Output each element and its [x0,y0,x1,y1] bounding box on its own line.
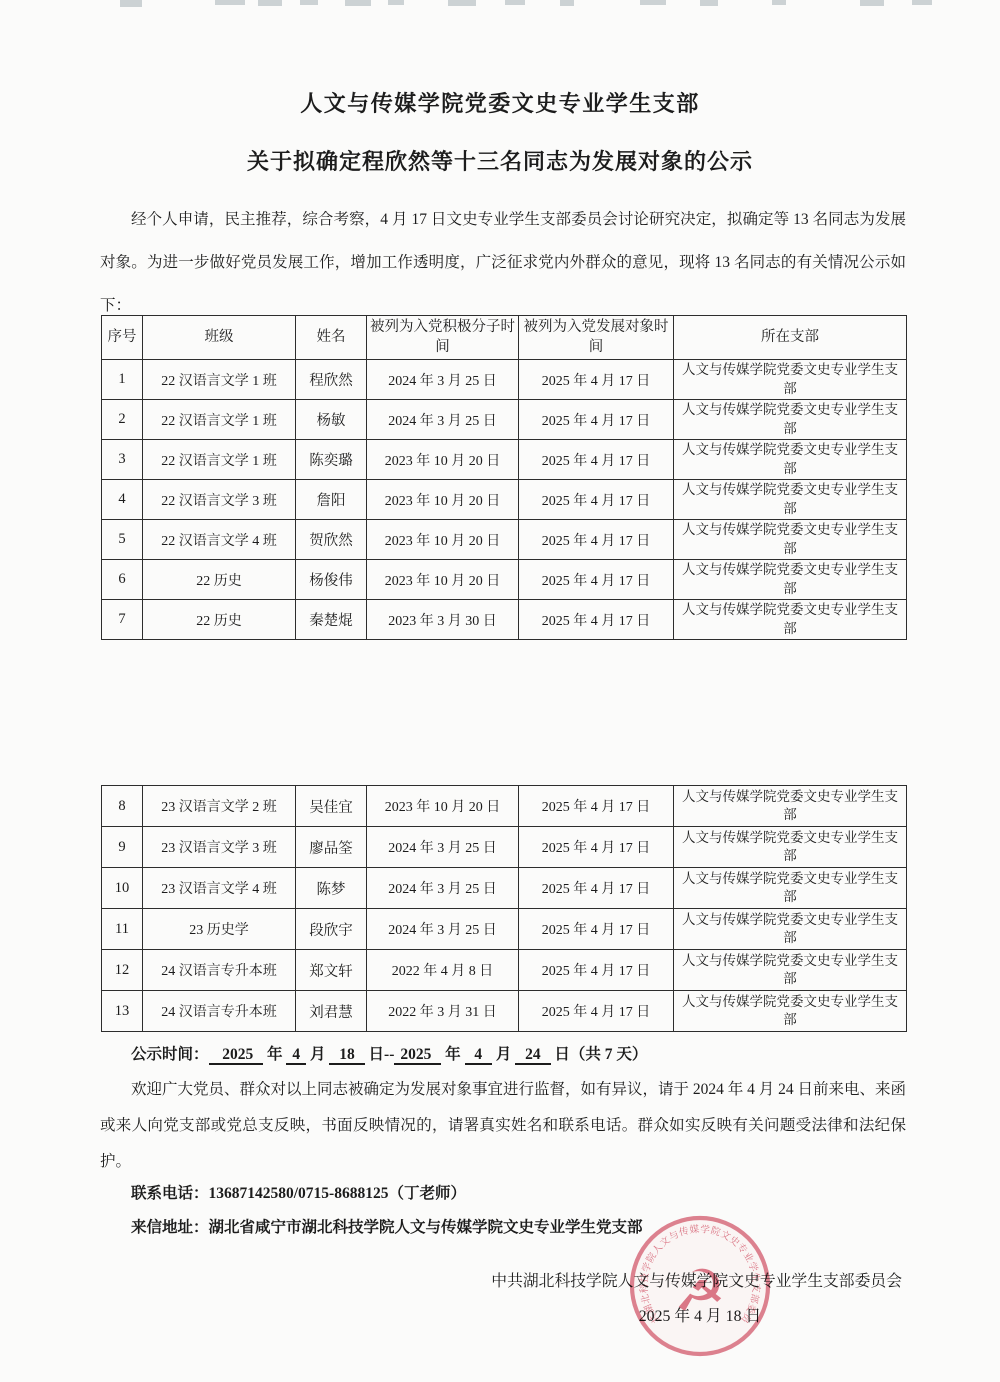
table-cell: 23 汉语言文学 3 班 [143,827,296,868]
table-cell: 廖品筌 [296,827,367,868]
table-cell: 22 汉语言文学 1 班 [143,440,296,480]
table-cell: 杨敏 [296,400,367,440]
table-cell: 2025 年 4 月 17 日 [519,600,674,640]
table-cell: 人文与传媒学院党委文史专业学生支部 [674,827,907,868]
page-title: 人文与传媒学院党委文史专业学生支部 [0,90,1000,119]
table-row: 1224 汉语言专升本班郑文轩2022 年 4 月 8 日2025 年 4 月 … [102,950,907,991]
supervision-paragraph: 欢迎广大党员、群众对以上同志被确定为发展对象事宜进行监督，如有异议，请于 202… [100,1072,906,1180]
blank-filled-value: 4 [286,1046,306,1065]
table-cell: 6 [102,560,143,600]
table-cell: 段欣宇 [296,909,367,950]
contact-phone-line: 联系电话：13687142580/0715-8688125（丁老师） [131,1181,466,1203]
table-cell: 人文与传媒学院党委文史专业学生支部 [674,909,907,950]
table-cell: 2024 年 3 月 25 日 [367,360,519,400]
table-cell: 人文与传媒学院党委文史专业学生支部 [674,600,907,640]
table-cell: 詹阳 [296,480,367,520]
table-cell: 人文与传媒学院党委文史专业学生支部 [674,950,907,991]
table-cell: 2025 年 4 月 17 日 [519,360,674,400]
table-cell: 郑文轩 [296,950,367,991]
notice-text: 公示时间： [131,1046,209,1063]
table-row: 823 汉语言文学 2 班吴佳宜2023 年 10 月 20 日2025 年 4… [102,786,907,827]
table-cell: 2024 年 3 月 25 日 [367,868,519,909]
table-cell: 2023 年 10 月 20 日 [367,440,519,480]
notice-text: 年 [441,1046,464,1063]
table-row: 1023 汉语言文学 4 班陈梦2024 年 3 月 25 日2025 年 4 … [102,868,907,909]
table-cell: 13 [102,991,143,1032]
blank-filled-value: 2025 [394,1046,441,1065]
table-row: 1324 汉语言专升本班刘君慧2022 年 3 月 31 日2025 年 4 月… [102,991,907,1032]
table-cell: 人文与传媒学院党委文史专业学生支部 [674,868,907,909]
table-cell: 人文与传媒学院党委文史专业学生支部 [674,991,907,1032]
table-cell: 7 [102,600,143,640]
table-header-row: 序号 班级 姓名 被列为入党积极分子时间 被列为入党发展对象时间 所在支部 [102,316,907,360]
table-cell: 23 汉语言文学 2 班 [143,786,296,827]
blank-filled-value: 24 [515,1046,550,1065]
table-cell: 程欣然 [296,360,367,400]
page-subtitle: 关于拟确定程欣然等十三名同志为发展对象的公示 [0,148,1000,177]
notice-text: 日-- [365,1046,395,1063]
table-cell: 杨俊伟 [296,560,367,600]
table-cell: 2025 年 4 月 17 日 [519,868,674,909]
col-header-class: 班级 [143,316,296,360]
table-cell: 人文与传媒学院党委文史专业学生支部 [674,360,907,400]
table-cell: 2023 年 3 月 30 日 [367,600,519,640]
table-cell: 2025 年 4 月 17 日 [519,480,674,520]
official-seal: 中共湖北科技学院人文与传媒学院文史专业学生支部委员会 ☭ [594,1192,806,1382]
table-cell: 22 历史 [143,560,296,600]
col-header-index: 序号 [102,316,143,360]
table-cell: 24 汉语言专升本班 [143,991,296,1032]
blank-filled-value: 18 [329,1046,364,1065]
table-cell: 1 [102,360,143,400]
table-cell: 11 [102,909,143,950]
table-cell: 吴佳宜 [296,786,367,827]
seal-emblem-hammer-sickle-icon: ☭ [674,1257,726,1325]
table-cell: 10 [102,868,143,909]
table-cell: 人文与传媒学院党委文史专业学生支部 [674,440,907,480]
table-row: 322 汉语言文学 1 班陈奕璐2023 年 10 月 20 日2025 年 4… [102,440,907,480]
table-cell: 人文与传媒学院党委文史专业学生支部 [674,520,907,560]
table-cell: 2025 年 4 月 17 日 [519,827,674,868]
table-cell: 2022 年 4 月 8 日 [367,950,519,991]
table-cell: 9 [102,827,143,868]
table-cell: 22 汉语言文学 1 班 [143,400,296,440]
table-cell: 刘君慧 [296,991,367,1032]
table-cell: 5 [102,520,143,560]
table-cell: 24 汉语言专升本班 [143,950,296,991]
table-cell: 2025 年 4 月 17 日 [519,400,674,440]
table-row: 422 汉语言文学 3 班詹阳2023 年 10 月 20 日2025 年 4 … [102,480,907,520]
table-cell: 2 [102,400,143,440]
document-page: 人文与传媒学院党委文史专业学生支部 关于拟确定程欣然等十三名同志为发展对象的公示… [0,0,1000,1382]
intro-paragraph: 经个人申请，民主推荐，综合考察，4 月 17 日文史专业学生支部委员会讨论研究决… [100,198,906,327]
notice-text: 年 [263,1046,286,1063]
table-cell: 2025 年 4 月 17 日 [519,440,674,480]
table-cell: 人文与传媒学院党委文史专业学生支部 [674,786,907,827]
table-cell: 2023 年 10 月 20 日 [367,520,519,560]
table-cell: 2023 年 10 月 20 日 [367,560,519,600]
table-cell: 2025 年 4 月 17 日 [519,909,674,950]
table-cell: 2023 年 10 月 20 日 [367,786,519,827]
contact-address-line: 来信地址：湖北省咸宁市湖北科技学院人文与传媒学院文史专业学生党支部 [131,1215,643,1237]
table-cell: 2024 年 3 月 25 日 [367,400,519,440]
table-cell: 22 历史 [143,600,296,640]
table-row: 923 汉语言文学 3 班廖品筌2024 年 3 月 25 日2025 年 4 … [102,827,907,868]
blank-filled-value: 4 [465,1046,493,1065]
notice-text: 日（共 7 天） [551,1046,648,1063]
table-cell: 2025 年 4 月 17 日 [519,991,674,1032]
table-cell: 2022 年 3 月 31 日 [367,991,519,1032]
table-cell: 2023 年 10 月 20 日 [367,480,519,520]
table-cell: 陈梦 [296,868,367,909]
notice-text: 月 [306,1046,329,1063]
table-row: 622 历史杨俊伟2023 年 10 月 20 日2025 年 4 月 17 日… [102,560,907,600]
table-cell: 贺欣然 [296,520,367,560]
roster-table-part1: 序号 班级 姓名 被列为入党积极分子时间 被列为入党发展对象时间 所在支部 12… [101,315,907,640]
table-row: 1123 历史学段欣宇2024 年 3 月 25 日2025 年 4 月 17 … [102,909,907,950]
table-cell: 12 [102,950,143,991]
table-cell: 秦楚焜 [296,600,367,640]
table-row: 522 汉语言文学 4 班贺欣然2023 年 10 月 20 日2025 年 4… [102,520,907,560]
table-cell: 23 汉语言文学 4 班 [143,868,296,909]
table-cell: 22 汉语言文学 3 班 [143,480,296,520]
col-header-activist-date: 被列为入党积极分子时间 [367,316,519,360]
table-cell: 2025 年 4 月 17 日 [519,520,674,560]
table-cell: 22 汉语言文学 4 班 [143,520,296,560]
scan-artifact-marks [0,0,1000,9]
blank-filled-value: 2025 [209,1046,264,1065]
notice-period-line: 公示时间： 2025 年 4 月 18 日--2025 年 4 月 24 日（共… [131,1042,647,1064]
table-cell: 人文与传媒学院党委文史专业学生支部 [674,400,907,440]
table-cell: 4 [102,480,143,520]
table-cell: 22 汉语言文学 1 班 [143,360,296,400]
col-header-development-date: 被列为入党发展对象时间 [519,316,674,360]
table-cell: 8 [102,786,143,827]
table-row: 122 汉语言文学 1 班程欣然2024 年 3 月 25 日2025 年 4 … [102,360,907,400]
table-cell: 3 [102,440,143,480]
notice-text: 月 [492,1046,515,1063]
table-row: 722 历史秦楚焜2023 年 3 月 30 日2025 年 4 月 17 日人… [102,600,907,640]
table-cell: 人文与传媒学院党委文史专业学生支部 [674,560,907,600]
table-cell: 2025 年 4 月 17 日 [519,786,674,827]
col-header-branch: 所在支部 [674,316,907,360]
table-cell: 2024 年 3 月 25 日 [367,909,519,950]
table-row: 222 汉语言文学 1 班杨敏2024 年 3 月 25 日2025 年 4 月… [102,400,907,440]
table-cell: 2024 年 3 月 25 日 [367,827,519,868]
table-cell: 2025 年 4 月 17 日 [519,560,674,600]
roster-table-part2: 823 汉语言文学 2 班吴佳宜2023 年 10 月 20 日2025 年 4… [101,785,907,1032]
table-cell: 陈奕璐 [296,440,367,480]
col-header-name: 姓名 [296,316,367,360]
table-cell: 2025 年 4 月 17 日 [519,950,674,991]
table-cell: 23 历史学 [143,909,296,950]
table-cell: 人文与传媒学院党委文史专业学生支部 [674,480,907,520]
